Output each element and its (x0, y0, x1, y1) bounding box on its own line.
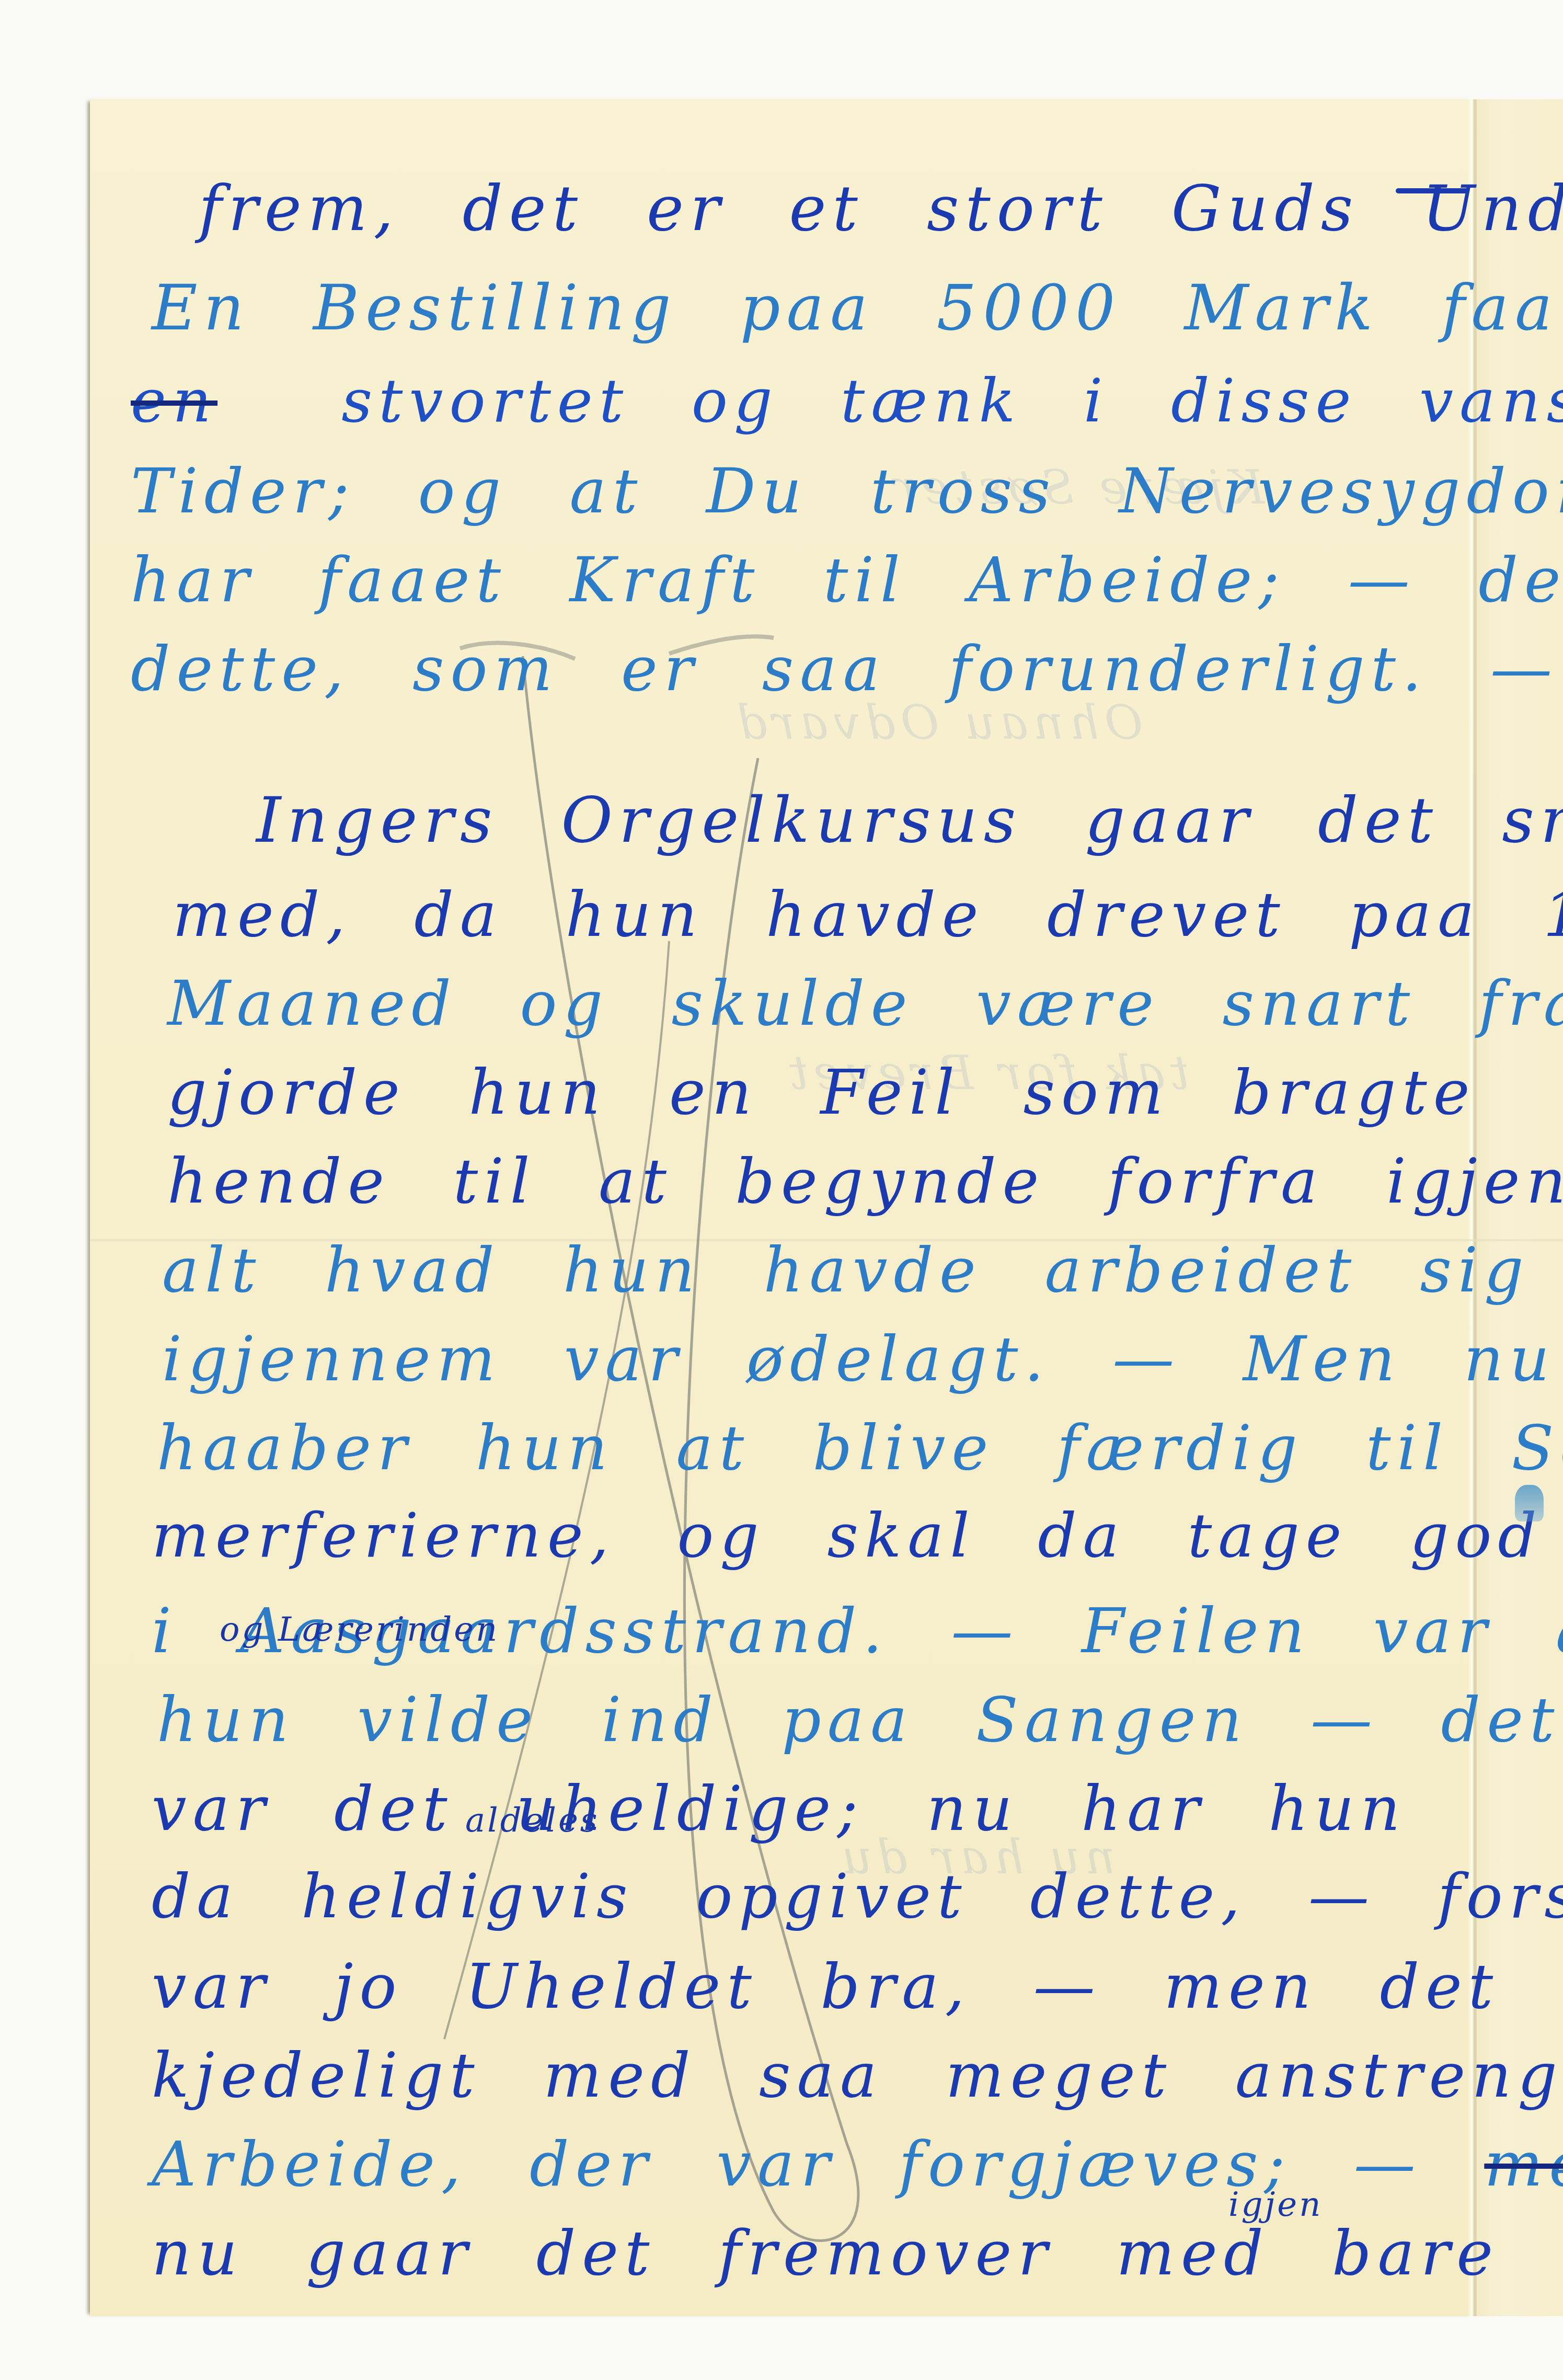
letter-line: alt hvad hun havde arbeidet sig (162, 1234, 1530, 1306)
struck-word: men (1484, 2128, 1563, 2200)
letter-line: Ingers Orgelkursus gaar det smaat (256, 784, 1563, 857)
letter-line: en stvortet og tænk i disse vanskelige (131, 366, 1563, 436)
line-continuation: stvortet og tænk i disse vanskelige (280, 366, 1563, 436)
letter-line: haaber hun at blive færdig til Som- (157, 1412, 1563, 1484)
letter-line: hende til at begynde forfra igjen, (167, 1145, 1563, 1217)
line-end-dash (1396, 188, 1469, 193)
letter-line: var det uheldige; nu har hun (152, 1772, 1406, 1845)
letter-line: hun vilde ind paa Sangen — det (157, 1684, 1560, 1756)
letter-line: igjennem var ødelagt. — Men nu (162, 1323, 1556, 1395)
letter-line: frem, det er et stort Guds Under — (199, 173, 1563, 245)
letter-line: da heldigvis opgivet dette, — forsaavidt (152, 1861, 1563, 1932)
letter-line: gjorde hun en Feil som bragte (167, 1056, 1476, 1128)
letter-line: nu gaar det fremover med bare (152, 2217, 1499, 2289)
letter-line: Tider; og at Du tross Nervesygdom (131, 455, 1563, 527)
letter-line: En Bestilling paa 5000 Mark faar jo (152, 272, 1563, 345)
interlinear-insertion: aldeles (465, 1801, 600, 1840)
letter-line: merferierne, og skal da tage god Hvile (152, 1501, 1563, 1571)
struck-word: en (131, 366, 217, 436)
letter-line: med, da hun havde drevet paa 1 (173, 878, 1563, 951)
ink-blot (1515, 1485, 1544, 1521)
letter-line: Arbeide, der var forgjæves; — men (152, 2128, 1563, 2200)
letter-line: kjedeligt med saa meget anstrengende (152, 2039, 1563, 2111)
letter-line: har faaet Kraft til Arbeide; — det er (131, 544, 1563, 616)
letter-line: dette, som er saa forunderligt. — (131, 633, 1558, 705)
letter-line: Maaned og skulde være snart fra, (167, 967, 1563, 1039)
interlinear-insertion: og Lærerinden (220, 1610, 499, 1649)
letter-line: var jo Uheldet bra, — men det er jo (152, 1950, 1563, 2022)
